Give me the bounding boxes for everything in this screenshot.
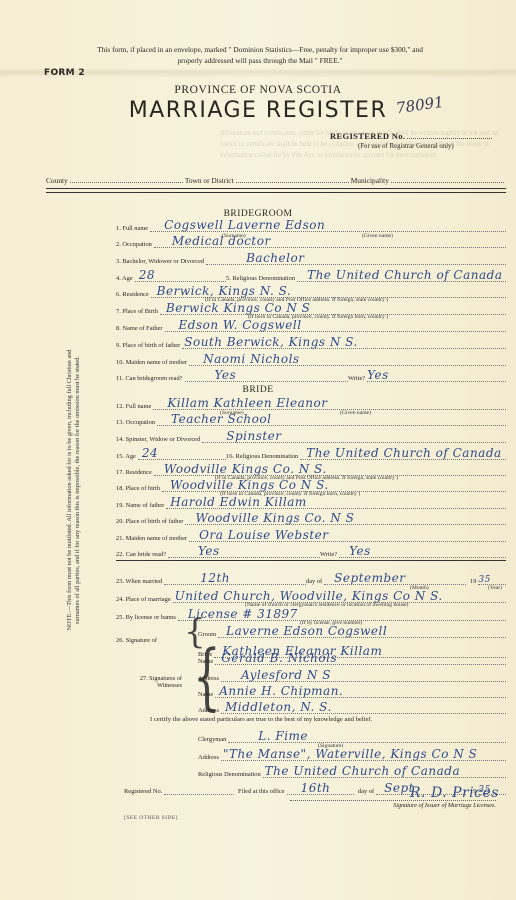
municipality-field xyxy=(391,182,504,183)
year-hint: (Year) xyxy=(488,585,502,591)
municipality-label: Municipality xyxy=(351,176,389,185)
form-number: FORM 2 xyxy=(44,68,85,78)
clergyman-signature: ClergymanL. Fime xyxy=(198,733,506,743)
clergyman-denomination: Religious DenominationThe United Church … xyxy=(198,768,506,778)
county-field xyxy=(70,182,183,183)
groom-occupation: 2. OccupationMedical doctor xyxy=(116,238,506,248)
bride-marital-status: 14. Spinster, Widow or DivorcedSpinster xyxy=(116,433,506,443)
groom-can-write: Write?Yes xyxy=(348,372,506,382)
marriage-day-field: 23. When married12th xyxy=(116,575,306,585)
groom-mother-maiden-name: 10. Maiden name of motherNaomi Nichols xyxy=(116,356,506,366)
clergyman-address: Address"The Manse", Waterville, Kings Co… xyxy=(198,751,506,761)
location-row: County Town or District Municipality xyxy=(46,176,506,185)
bride-father-name: 19. Name of fatherHarold Edwin Killam xyxy=(116,499,506,509)
bride-father-birthplace: 20. Place of birth of fatherWoodville Ki… xyxy=(116,515,506,525)
certification-statement: I certify the above stated particulars a… xyxy=(150,716,372,723)
witness-1-name: NameGerald B. Nichols xyxy=(198,655,506,665)
bride-occupation: 13. OccupationTeacher School xyxy=(116,416,506,426)
bride-can-read: 22. Can bride read?Yes xyxy=(116,548,320,558)
bride-full-name: 12. Full nameKillam Kathleen Eleanor xyxy=(116,400,506,410)
postal-notice: This form, if placed in an envelope, mar… xyxy=(40,44,480,66)
issuer-signature-label: Signature of Issuer of Marriage Licenses… xyxy=(290,800,496,809)
witnesses-label: 27. Signatures of Witnesses xyxy=(118,675,182,689)
groom-religion: 5. Religious DenominationThe United Chur… xyxy=(226,272,506,282)
bride-mother-maiden-name: 21. Maiden name of motherOra Louise Webs… xyxy=(116,532,506,542)
groom-marital-status: 3. Bachelor, Widower or DivorcedBachelor xyxy=(116,255,506,265)
county-label: County xyxy=(46,176,68,185)
marriage-year-field: 1935 xyxy=(470,575,506,585)
registered-number-field: REGISTERED No. xyxy=(330,131,492,141)
issuer-signature: R. D. Prices xyxy=(410,785,499,801)
double-rule xyxy=(46,188,506,193)
signature-label: 26. Signature of xyxy=(116,637,157,644)
registered-number-hint: (For use of Registrar General only) xyxy=(358,143,454,150)
section-divider xyxy=(116,560,506,561)
witness-2-name: NameAnnie H. Chipman. xyxy=(198,688,506,698)
groom-father-name: 8. Name of FatherEdson W. Cogswell xyxy=(116,322,506,332)
groom-father-birthplace: 9. Place of birth of fatherSouth Berwick… xyxy=(116,339,506,349)
groom-full-name: 1. Full nameCogswell Laverne Edson xyxy=(116,222,506,232)
groom-signature: GroomLaverne Edson Cogswell xyxy=(198,628,506,638)
town-field xyxy=(236,182,349,183)
bride-can-write: Write?Yes xyxy=(320,548,506,558)
margin-note: NOTE.—This form must not be mutilated. A… xyxy=(66,250,82,730)
registered-no-field: Registered No. xyxy=(124,785,234,795)
witness-1-address: AddressAylesford N S xyxy=(198,672,506,682)
bride-age: 15. Age24 xyxy=(116,450,226,460)
groom-can-read: 11. Can bridegroom read?Yes xyxy=(116,372,348,382)
groom-age: 4. Age28 xyxy=(116,272,226,282)
filed-day-field: Filed at this office16th xyxy=(238,785,354,795)
witness-2-address: AddressMiddleton, N. S. xyxy=(198,704,506,714)
marriage-month-field: day ofSeptember xyxy=(306,575,466,585)
bride-religion: 16. Religious DenominationThe United Chu… xyxy=(226,450,506,460)
see-other-side-note: [SEE OTHER SIDE] xyxy=(124,815,178,821)
town-label: Town or District xyxy=(185,176,234,185)
